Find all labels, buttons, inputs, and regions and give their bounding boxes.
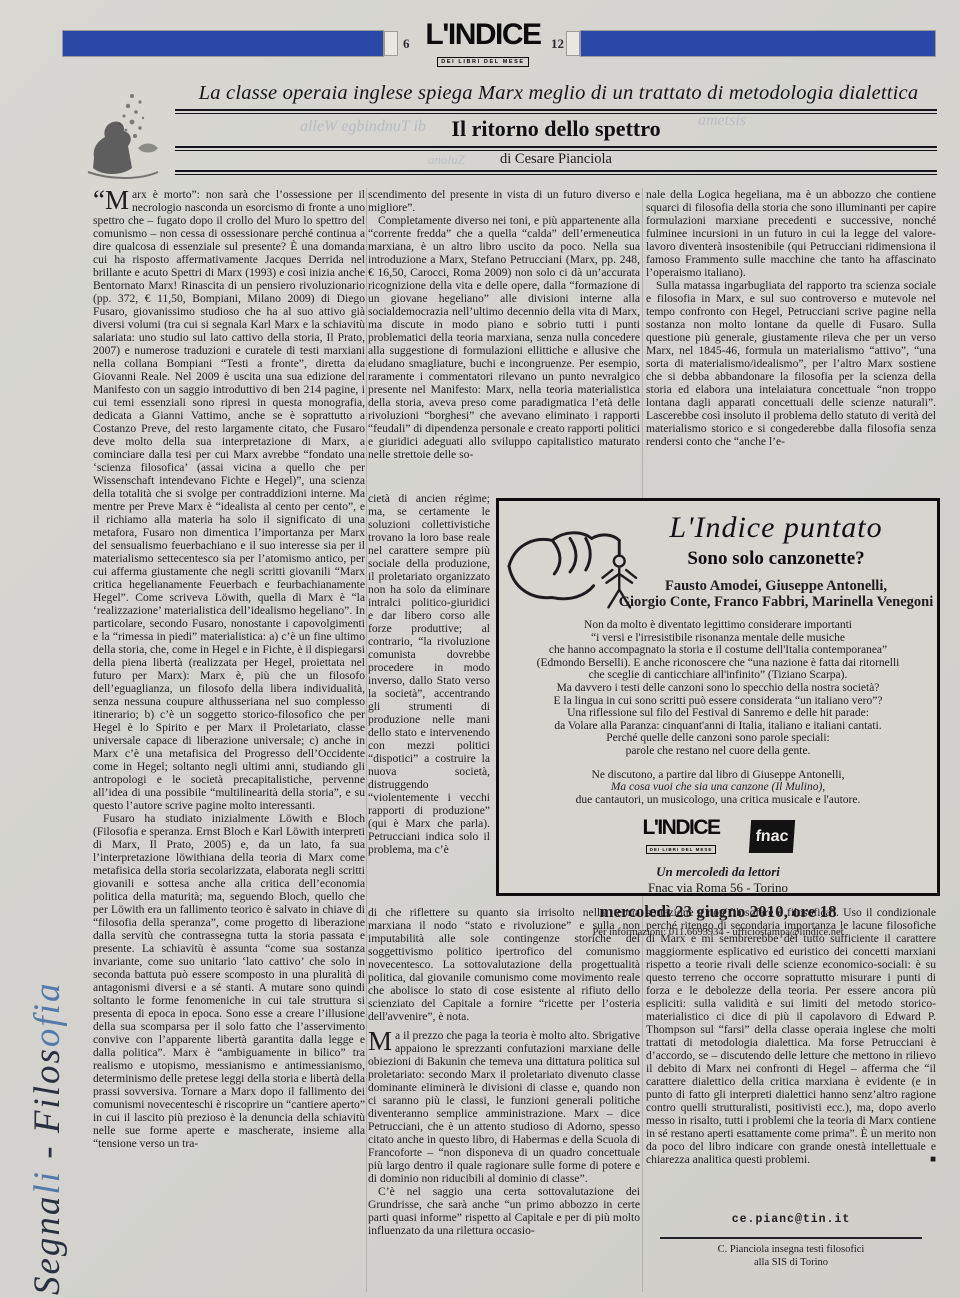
paragraph: “Marx è morto”: non sarà che l’ossession… [93, 188, 365, 812]
headline-rule [175, 170, 937, 172]
paragraph: Ma il prezzo che paga la teoria è molto … [368, 1029, 640, 1185]
headline-rule [175, 146, 937, 148]
event-box-title-text: L'Indice puntato [669, 511, 882, 544]
headline-rule [175, 109, 937, 111]
author-bio: C. Pianciola insegna testi filosofici al… [646, 1243, 936, 1269]
masthead-logo: L'INDICE DEI LIBRI DEL MESE [410, 20, 556, 68]
article-title: Il ritorno dello spettro [175, 116, 937, 142]
margin-label-part: li [27, 1170, 68, 1195]
margin-section-label: Segnali - Filosofia [26, 925, 69, 1295]
paragraph: cietà di ancien régime; ma, se certament… [368, 492, 490, 856]
drop-cap: “M [93, 188, 132, 212]
page-number-right: 12 [551, 36, 564, 52]
event-discussion: Ne discutono, a partire dal libro di Giu… [499, 769, 937, 807]
author-bio-line: C. Pianciola insegna testi filosofici [646, 1243, 936, 1256]
indice-logo: L'INDICE DEI LIBRI DEL MESE [643, 817, 720, 856]
author-bio-line: alla SIS di Torino [646, 1256, 936, 1269]
article-column-3-bottom: sortazione a non filosofare è filosofica… [646, 906, 936, 1210]
event-description-line: che hanno accompagnato la storia e il co… [499, 644, 937, 657]
event-description-line: “i versi e l'irresistibile risonanza men… [499, 632, 937, 645]
paragraph: scendimento del presente in vista di un … [368, 188, 640, 214]
event-discussion-line: Ma cosa vuoi che sia una canzone (Il Mul… [499, 781, 937, 794]
event-description-line: Perché quelle delle canzoni sono parole … [499, 732, 937, 745]
headline-rule [175, 113, 937, 114]
paragraph: nale della Logica hegeliana, ma è un abb… [646, 188, 936, 279]
paragraph: Fusaro ha studiato inizialmente Löwith e… [93, 812, 365, 1150]
margin-label-part: - [27, 1133, 68, 1170]
headline-rule [175, 174, 937, 175]
event-description-line: Ma davvero i testi delle canzoni sono lo… [499, 682, 937, 695]
kicker-headline: La classe operaia inglese spiega Marx me… [180, 82, 937, 105]
speakers-line: Fausto Amodei, Giuseppe Antonelli, [615, 578, 937, 594]
byline: di Cesare Pianciola [175, 151, 937, 168]
fnac-logo: fnac [748, 820, 794, 853]
header-bar-right-endcap [566, 31, 580, 56]
logo-subtitle: DEI LIBRI DEL MESE [646, 845, 717, 854]
article-column-2-bottom: di che riflettere su quanto sia irrisolt… [368, 906, 640, 1264]
event-description-line: E la lingua in cui sono scritti può esse… [499, 695, 937, 708]
article-column-1: “Marx è morto”: non sarà che l’ossession… [93, 188, 365, 1294]
scanned-newspaper-page: 6 L'INDICE DEI LIBRI DEL MESE 12 alleW e… [0, 0, 960, 1298]
paragraph-text: a il prezzo che paga la teoria è molto a… [368, 1029, 640, 1185]
article-column-2-top: scendimento del presente in vista di un … [368, 188, 640, 491]
event-contact-info: Per informazioni: 011.6693934 - ufficios… [499, 927, 937, 938]
event-logos: L'INDICE DEI LIBRI DEL MESE fnac [499, 817, 937, 856]
margin-label-part: Segna [27, 1195, 68, 1295]
margin-label-part: Filos [27, 1047, 68, 1133]
event-description-line: parole che restano nel cuore della gente… [499, 745, 937, 758]
logo-title: L'INDICE [410, 20, 556, 50]
author-email: ce.pianc@tin.it [646, 1213, 936, 1226]
event-discussion-line: due cantautori, un musicologo, una criti… [499, 794, 937, 807]
event-box: L'Indice puntato▶ Sono solo canzonette? … [496, 498, 940, 896]
paragraph: Completamente diverso nei toni, e più ap… [368, 214, 640, 461]
paragraph: sortazione a non filosofare è filosofica… [646, 906, 936, 1166]
event-datetime: mercoledì 23 giugno 2010, ore 18 [499, 902, 937, 922]
paragraph: Sulla matassa ingarbugliata del rapporto… [646, 279, 936, 448]
logo-title: L'INDICE [643, 817, 720, 838]
column-separator [366, 188, 367, 1292]
event-description-line: che sceglie di canticchiare all'infinito… [499, 669, 937, 682]
event-description-line: da Volare alla Paranza: cinquant'anni di… [499, 720, 937, 733]
event-discussion-line: Ne discutono, a partire dal libro di Giu… [499, 769, 937, 782]
event-box-title: L'Indice puntato▶ [615, 511, 937, 545]
page-number-left: 6 [403, 36, 410, 52]
event-box-header: L'Indice puntato▶ Sono solo canzonette? … [615, 511, 937, 610]
paragraph-text: arx è morto”: non sarà che l’ossessione … [93, 188, 365, 812]
article-column-2-narrow: cietà di ancien régime; ma, se certament… [368, 492, 490, 904]
header-bar-right [581, 31, 935, 56]
paragraph: di che riflettere su quanto sia irrisolt… [368, 906, 640, 1023]
footer-divider [660, 1237, 922, 1239]
paragraph: C’è nel saggio una certa sottovalutazion… [368, 1185, 640, 1237]
speakers-line: Giorgio Conte, Franco Fabbri, Marinella … [615, 594, 937, 610]
event-description: Non da molto è diventato legittimo consi… [499, 619, 937, 758]
event-description-line: Una riflessione sul filo del Festival di… [499, 707, 937, 720]
event-venue-tagline: Un mercoledì da lettori [499, 864, 937, 880]
header-bar-left [63, 31, 383, 56]
paragraph-text: sortazione a non filosofare è filosofica… [646, 906, 936, 1166]
header-bar-left-endcap [384, 31, 398, 56]
drop-cap: M [368, 1029, 395, 1053]
end-mark: ■ [930, 1153, 936, 1166]
event-venue-address: Fnac via Roma 56 - Torino [499, 880, 937, 896]
logo-subtitle: DEI LIBRI DEL MESE [437, 57, 528, 67]
margin-label-part: ofia [27, 982, 68, 1048]
event-description-line: (Edmondo Berselli). E anche riconoscere … [499, 657, 937, 670]
article-column-3-top: nale della Logica hegeliana, ma è un abb… [646, 188, 936, 496]
event-heading: Sono solo canzonette? [615, 548, 937, 570]
campfire-etching-illustration [80, 88, 180, 184]
event-speakers: Fausto Amodei, Giuseppe Antonelli, Giorg… [615, 578, 937, 610]
